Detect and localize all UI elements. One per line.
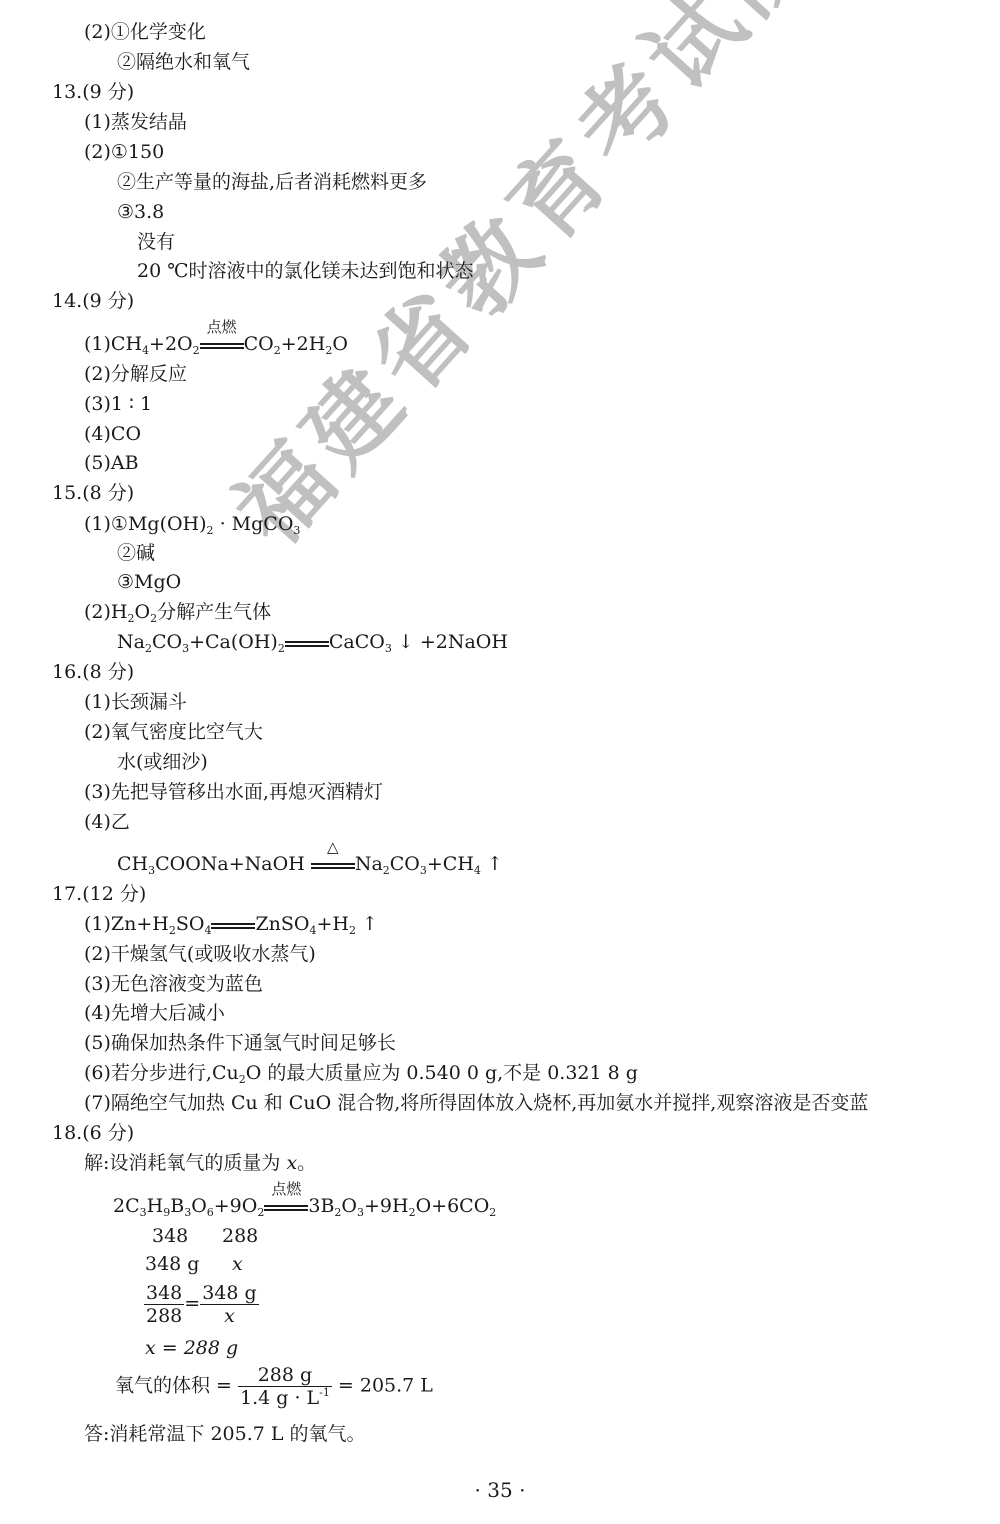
q16-equation: CH3COONa+NaOH △Na2CO3+CH4 ↑: [117, 852, 503, 876]
q14-answer-4: (4)CO: [84, 422, 141, 446]
q12-answer-2-1: (2)①化学变化: [84, 20, 206, 44]
reaction-equals: 点燃: [264, 1197, 308, 1217]
q18-header: 18.(6 分): [52, 1121, 134, 1145]
q16-answer-3: (3)先把导管移出水面,再熄灭酒精灯: [84, 780, 383, 804]
q14-answer-3: (3)1 ∶ 1: [84, 392, 152, 416]
q18-solve-intro: 解:设消耗氧气的质量为 x。: [84, 1151, 316, 1175]
q13-answer-2-2: ②生产等量的海盐,后者消耗燃料更多: [117, 170, 427, 194]
q15-answer-1-1: (1)①Mg(OH)2 · MgCO3: [84, 512, 300, 536]
q17-answer-7: (7)隔绝空气加热 Cu 和 CuO 混合物,将所得固体放入烧杯,再加氨水并搅拌…: [84, 1091, 868, 1115]
q18-given-1: 348 g: [145, 1252, 199, 1276]
q14-answer-1: (1)CH4+2O2点燃CO2+2H2O: [84, 332, 348, 356]
q13-answer-2-3a: 没有: [137, 230, 175, 254]
q13-answer-2-1: (2)①150: [84, 140, 164, 164]
q14-header: 14.(9 分): [52, 289, 134, 313]
q17-answer-6: (6)若分步进行,Cu2O 的最大质量应为 0.540 0 g,不是 0.321…: [84, 1061, 638, 1085]
q13-header: 13.(9 分): [52, 80, 134, 104]
q16-answer-1: (1)长颈漏斗: [84, 690, 187, 714]
q18-answer: 答:消耗常温下 205.7 L 的氧气。: [84, 1422, 366, 1446]
q13-answer-1: (1)蒸发结晶: [84, 110, 187, 134]
q15-header: 15.(8 分): [52, 481, 134, 505]
q12-answer-2-2: ②隔绝水和氧气: [117, 50, 250, 74]
reaction-equals: [285, 633, 329, 653]
reaction-equals: 点燃: [200, 335, 244, 355]
q17-answer-4: (4)先增大后减小: [84, 1001, 225, 1025]
q16-answer-2: (2)氧气密度比空气大: [84, 720, 263, 744]
q14-answer-5: (5)AB: [84, 451, 139, 475]
q17-answer-5: (5)确保加热条件下通氢气时间足够长: [84, 1031, 396, 1055]
q18-proportion: 348288=348 gx: [144, 1282, 259, 1327]
q18-molar-mass-1: 348: [152, 1224, 188, 1248]
q16-answer-2b: 水(或细沙): [117, 750, 208, 774]
q17-answer-1: (1)Zn+H2SO4ZnSO4+H2 ↑: [84, 912, 378, 936]
q14-answer-2: (2)分解反应: [84, 362, 187, 386]
q15-equation: Na2CO3+Ca(OH)2CaCO3 ↓ +2NaOH: [117, 630, 508, 654]
q16-header: 16.(8 分): [52, 660, 134, 684]
reaction-equals: [211, 915, 255, 935]
q18-result: x = 288 g: [145, 1336, 238, 1360]
q18-given-2: x: [232, 1252, 243, 1276]
q13-answer-2-3: ③3.8: [117, 200, 164, 224]
page-number: · 35 ·: [0, 1478, 1000, 1502]
q18-molar-mass-2: 288: [222, 1224, 258, 1248]
q15-answer-1-3: ③MgO: [117, 570, 181, 594]
q15-answer-1-2: ②碱: [117, 541, 155, 565]
q16-answer-4: (4)乙: [84, 810, 130, 834]
reaction-equals: △: [311, 855, 355, 875]
q17-answer-2: (2)干燥氢气(或吸收水蒸气): [84, 942, 316, 966]
q17-answer-3: (3)无色溶液变为蓝色: [84, 972, 263, 996]
q18-equation: 2C3H9B3O6+9O2点燃3B2O3+9H2O+6CO2: [113, 1194, 496, 1218]
q15-answer-2: (2)H2O2分解产生气体: [84, 600, 271, 624]
q17-header: 17.(12 分): [52, 882, 146, 906]
q13-answer-2-3b: 20 ℃时溶液中的氯化镁未达到饱和状态: [137, 259, 473, 283]
q18-volume: 氧气的体积 = 288 g1.4 g · L-1 = 205.7 L: [115, 1364, 433, 1409]
